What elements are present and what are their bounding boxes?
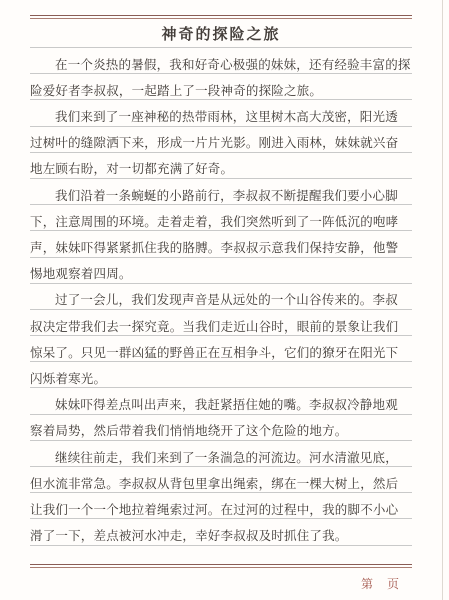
line-text: 让我们一个一个地拉着绳索过河。在过河的过程中，我的脚不小心 xyxy=(30,504,398,517)
text-line: 惊呆了。只见一群凶猛的野兽正在互相争斗，它们的獠牙在阳光下 xyxy=(30,336,412,362)
text-line: 我们来到了一座神秘的热带雨林，这里树木高大茂密，阳光透 xyxy=(30,100,412,126)
text-line: 滑了一下，差点被河水冲走，幸好李叔叔及时抓住了我。 xyxy=(30,519,412,545)
line-text: 我们来到了一座神秘的热带雨林，这里树木高大茂密，阳光透 xyxy=(30,111,398,124)
text-line: 险爱好者李叔叔，一起踏上了一段神奇的探险之旅。 xyxy=(30,74,412,100)
line-text: 但水流非常急。李叔叔从背包里拿出绳索，绑在一棵大树上，然后 xyxy=(30,478,398,491)
line-text: 险爱好者李叔叔，一起踏上了一段神奇的探险之旅。 xyxy=(30,85,322,98)
line-text: 过了一会儿，我们发现声音是从远处的一个山谷传来的。李叔 xyxy=(30,294,398,307)
text-line: 叔决定带我们去一探究竟。当我们走近山谷时，眼前的景象让我们 xyxy=(30,310,412,336)
line-text: 下，注意周围的环境。走着走着，我们突然听到了一阵低沉的咆哮 xyxy=(30,216,398,229)
text-line: 过树叶的缝隙洒下来，形成一片片光影。刚进入雨林，妹妹就兴奋 xyxy=(30,127,412,153)
text-line: 察着局势，然后带着我们悄悄地绕开了这个危险的地方。 xyxy=(30,415,412,441)
text-line: 但水流非常急。李叔叔从背包里拿出绳索，绑在一棵大树上，然后 xyxy=(30,467,412,493)
text-line: 下，注意周围的环境。走着走着，我们突然听到了一阵低沉的咆哮 xyxy=(30,205,412,231)
line-text: 在一个炎热的暑假，我和好奇心极强的妹妹，还有经验丰富的探 xyxy=(30,59,411,72)
line-text: 声，妹妹吓得紧紧抓住我的胳膊。李叔叔示意我们保持安静，他警 xyxy=(30,242,398,255)
line-text: 我们沿着一条蜿蜒的小路前行，李叔叔不断提醒我们要小心脚 xyxy=(30,190,398,203)
page-title: 神奇的探险之旅 xyxy=(161,23,280,44)
line-text: 闪烁着寒光。 xyxy=(30,373,106,386)
text-line: 让我们一个一个地拉着绳索过河。在过河的过程中，我的脚不小心 xyxy=(30,493,412,519)
text-line: 在一个炎热的暑假，我和好奇心极强的妹妹，还有经验丰富的探 xyxy=(30,48,412,74)
text-line: 我们沿着一条蜿蜒的小路前行，李叔叔不断提醒我们要小心脚 xyxy=(30,179,412,205)
line-text: 叔决定带我们去一探究竟。当我们走近山谷时，眼前的景象让我们 xyxy=(30,321,398,334)
line-text: 滑了一下，差点被河水冲走，幸好李叔叔及时抓住了我。 xyxy=(30,530,348,543)
line-text: 过树叶的缝隙洒下来，形成一片片光影。刚进入雨林，妹妹就兴奋 xyxy=(30,137,398,150)
page-edge-line xyxy=(442,0,443,600)
essay-page: 神奇的探险之旅 在一个炎热的暑假，我和好奇心极强的妹妹，还有经验丰富的探 险爱好… xyxy=(0,0,449,600)
line-text: 惕地观察着四周。 xyxy=(30,268,132,281)
text-line: 妹妹吓得差点叫出声来，我赶紧捂住她的嘴。李叔叔冷静地观 xyxy=(30,388,412,414)
text-line: 惕地观察着四周。 xyxy=(30,258,412,284)
line-text: 惊呆了。只见一群凶猛的野兽正在互相争斗，它们的獠牙在阳光下 xyxy=(30,347,398,360)
page-footer: 第 页 xyxy=(361,575,400,592)
text-line: 过了一会儿，我们发现声音是从远处的一个山谷传来的。李叔 xyxy=(30,284,412,310)
text-line: 地左顾右盼，对一切都充满了好奇。 xyxy=(30,153,412,179)
line-text: 察着局势，然后带着我们悄悄地绕开了这个危险的地方。 xyxy=(30,425,348,438)
line-text: 地左顾右盼，对一切都充满了好奇。 xyxy=(30,163,233,176)
bottom-gap xyxy=(30,546,412,564)
text-line: 闪烁着寒光。 xyxy=(30,362,412,388)
line-text: 妹妹吓得差点叫出声来，我赶紧捂住她的嘴。李叔叔冷静地观 xyxy=(30,399,398,412)
text-line: 继续往前走，我们来到了一条湍急的河流边。河水清澈见底， xyxy=(30,441,412,467)
title-row: 神奇的探险之旅 xyxy=(30,19,412,48)
text-line: 声，妹妹吓得紧紧抓住我的胳膊。李叔叔示意我们保持安静，他警 xyxy=(30,231,412,257)
body-lines: 在一个炎热的暑假，我和好奇心极强的妹妹，还有经验丰富的探 险爱好者李叔叔，一起踏… xyxy=(30,48,412,546)
line-text: 继续往前走，我们来到了一条湍急的河流边。河水清澈见底， xyxy=(30,452,398,465)
footer-row: 第 页 xyxy=(30,568,412,598)
